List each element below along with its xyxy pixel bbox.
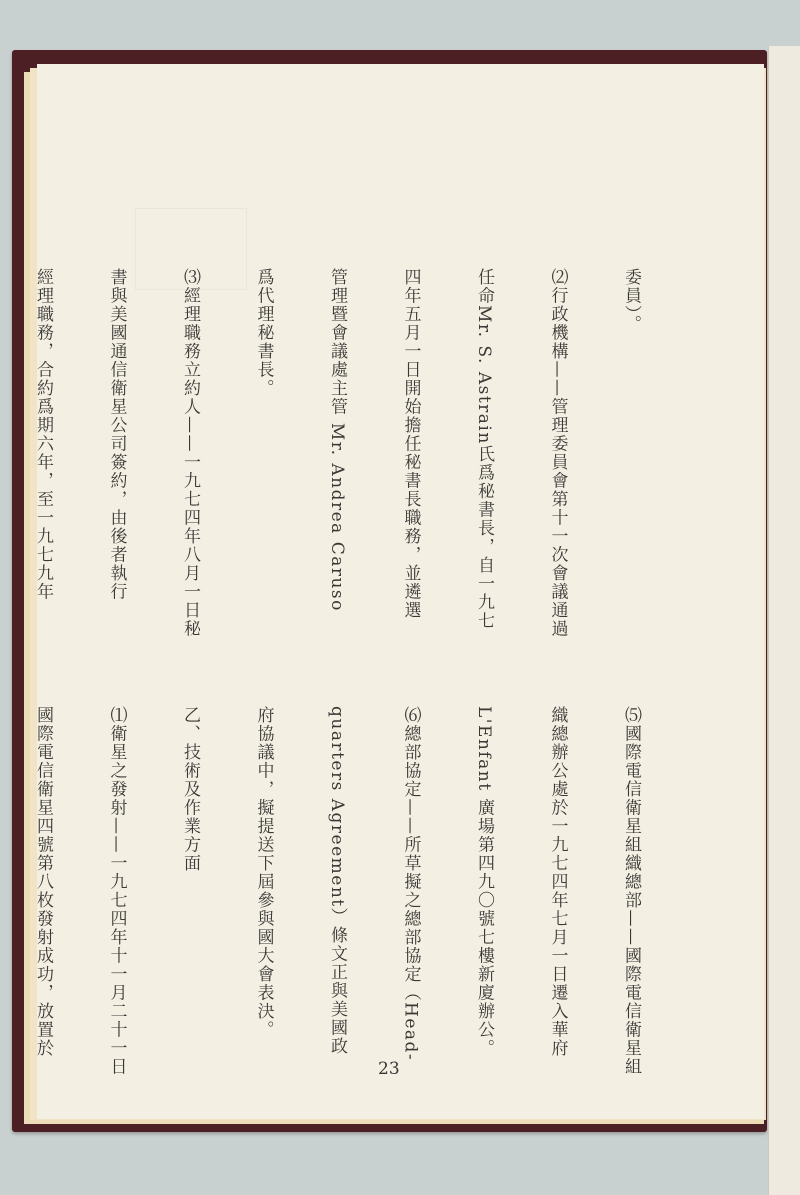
text-line: ⑶經理職務立約人——一九七四年八月一日秘 xyxy=(178,268,203,698)
text-line: 經理職務，合約爲期六年，至一九七九年 xyxy=(31,268,56,698)
text-line: ⑴衛星之發射——一九七四年十一月二十一日 xyxy=(104,706,129,1086)
text-line: quarters Agreement）條文正與美國政 xyxy=(325,706,350,1086)
page-number: 23 xyxy=(378,1059,400,1079)
lower-text-section: ⑸國際電信衛星組織總部——國際電信衛星組 織總辦公處於一九七四年七月一日遷入華府… xyxy=(0,706,692,1086)
text-line: 府協議中，擬提送下屆參與國大會表決。 xyxy=(251,706,276,1086)
text-line: 任命Mr. S. Astrain氏爲秘書長，自一九七 xyxy=(472,268,497,698)
text-line: ⑵行政機構——管理委員會第十一次會議通過 xyxy=(545,268,570,698)
text-line: 爲代理秘書長。 xyxy=(251,268,276,698)
facing-page-edge xyxy=(768,46,800,1195)
text-line: 書與美國通信衛星公司簽約，由後者執行 xyxy=(104,268,129,698)
text-line: L'Enfant 廣場第四九〇號七樓新廈辦公。 xyxy=(472,706,497,1086)
text-line: 織總辦公處於一九七四年七月一日遷入華府 xyxy=(545,706,570,1086)
section-heading: 乙、技術及作業方面 xyxy=(178,706,203,1086)
upper-text-section: 委員）。 ⑵行政機構——管理委員會第十一次會議通過 任命Mr. S. Astra… xyxy=(0,268,692,698)
text-line: ⑹總部協定——所草擬之總部協定（Head- xyxy=(398,706,423,1086)
text-line: ⑸國際電信衛星組織總部——國際電信衛星組 xyxy=(619,706,644,1086)
text-line: 管理暨會議處主管 Mr. Andrea Caruso xyxy=(325,268,350,698)
facing-page-bleed-text xyxy=(772,245,798,395)
text-line: 委員）。 xyxy=(619,268,644,698)
text-line: 國際電信衛星四號第八枚發射成功，放置於 xyxy=(31,706,56,1086)
text-line: 四年五月一日開始擔任秘書長職務，並遴選 xyxy=(398,268,423,698)
